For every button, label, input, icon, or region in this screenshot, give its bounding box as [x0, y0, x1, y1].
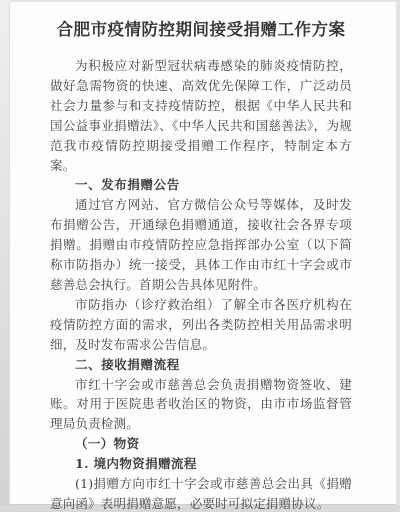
section-1-paragraph-2: 市防指办（诊疗救治组）了解全市各医疗机构在疫情防控方面的需求，列出各类防控相关用… — [50, 295, 352, 355]
section-1-heading: 一、发布捐赠公告 — [50, 175, 352, 195]
document-title: 合肥市疫情防控期间接受捐赠工作方案 — [50, 16, 352, 44]
document-body: 合肥市疫情防控期间接受捐赠工作方案 为积极应对新型冠状病毒感染的肺炎疫情防控，做… — [10, 2, 396, 512]
section-1-paragraph-1: 通过官方网站、官方微信公众号等媒体，及时发布捐赠公告，开通绿色捐赠通道，接收社会… — [50, 195, 352, 295]
section-2-subheading-2: 1. 境内物资捐赠流程 — [50, 454, 352, 474]
document-page: 合肥市疫情防控期间接受捐赠工作方案 为积极应对新型冠状病毒感染的肺炎疫情防控，做… — [9, 2, 396, 505]
scanned-document-view: 合肥市疫情防控期间接受捐赠工作方案 为积极应对新型冠状病毒感染的肺炎疫情防控，做… — [0, 0, 400, 512]
section-2-paragraph-1: 市红十字会或市慈善总会负责捐赠物资签收、建账。对用于医院患者收治区的物资，由市市… — [50, 375, 352, 435]
section-2-heading: 二、接收捐赠流程 — [50, 355, 352, 375]
section-2-subheading-1: （一）物资 — [50, 434, 352, 454]
section-2-paragraph-2: (1)捐赠方向市红十字会或市慈善总会出具《捐赠意向函》表明捐赠意愿，必要时可拟定… — [50, 474, 352, 512]
intro-paragraph: 为积极应对新型冠状病毒感染的肺炎疫情防控，做好急需物资的快速、高效优先保障工作，… — [50, 56, 352, 175]
